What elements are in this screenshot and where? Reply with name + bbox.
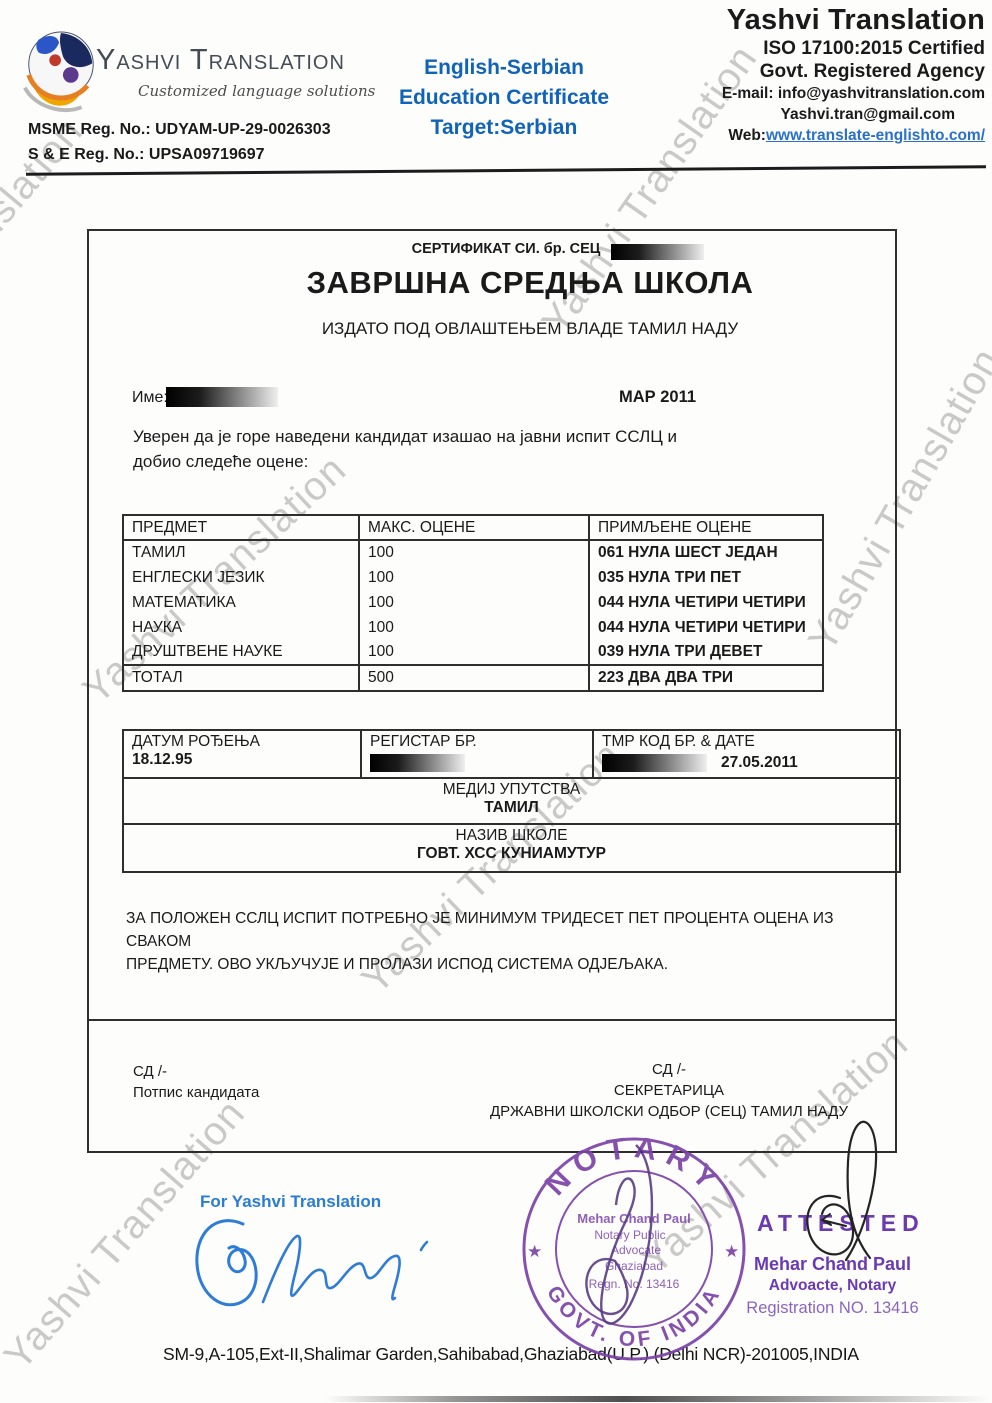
translator-signature [185,1206,445,1326]
candidate-signature-label: Потпис кандидата [133,1082,259,1103]
agency-name: Yashvi Translation [722,4,985,37]
scan-artifact-bar [325,1396,990,1402]
school-cell: НАЗИВ ШКОЛЕ ГОВТ. ХСС КУНИАМУТУР [123,824,900,872]
table-row: ТАМИЛ 100 061 НУЛА ШЕСТ ЈЕДАН [123,540,823,565]
secretary-title: СЕКРЕТАРИЦА [489,1080,849,1101]
name-label: Име: [132,389,168,407]
pass-requirement-note: ЗА ПОЛОЖЕН ССЛЦ ИСПИТ ПОТРЕБНО ЈЕ МИНИМУ… [126,907,836,976]
scanned-certificate-page: Yashvi Translation Yashvi Translation Ya… [0,0,992,1403]
table-row: ДРУШТВЕНЕ НАУКЕ 100 039 НУЛА ТРИ ДЕВЕТ [123,640,823,665]
column-header-subject: ПРЕДМЕТ [123,515,359,540]
medium-value: ТАМИЛ [132,799,891,817]
candidate-signature-block: СД /- Потпис кандидата [133,1061,259,1103]
document-type: Education Certificate [358,83,650,113]
max-marks-cell: 100 [359,590,589,615]
statement-line-2: добио следеће оцене: [133,449,677,474]
note-line-2: ПРЕДМЕТУ. ОВО УКЉУЧУЈЕ И ПРОЛАЗИ ИСПОД С… [126,953,836,976]
max-marks-cell: 100 [359,565,589,590]
dob-cell: ДАТУМ РОЂЕЊА 18.12.95 [123,730,361,778]
email-address-primary: info@yashvitranslation.com [778,85,985,102]
marks-table: ПРЕДМЕТ МАКС. ОЦЕНЕ ПРИМЉЕНЕ ОЦЕНЕ ТАМИЛ… [122,514,824,692]
dob-label: ДАТУМ РОЂЕЊА [132,733,352,751]
translation-language-block: English-Serbian Education Certificate Ta… [358,53,650,143]
statement-line-1: Уверен да је горе наведени кандидат изаш… [133,424,677,449]
details-table: ДАТУМ РОЂЕЊА 18.12.95 РЕГИСТАР БР. ТМР К… [122,729,901,873]
total-max-cell: 500 [359,665,589,691]
stamp-notary-name: Mehar Chand Paul [577,1211,690,1226]
school-label: НАЗИВ ШКОЛЕ [132,827,891,845]
stamp-advocate: Advocate [611,1243,661,1257]
register-label: РЕГИСТАР БР. [370,733,584,751]
notary-registration: Registration NO. 13416 [710,1297,955,1319]
brand-logotype: Yashvi Translation [96,44,345,77]
received-marks-cell: 035 НУЛА ТРИ ПЕТ [589,565,823,590]
note-line-1: ЗА ПОЛОЖЕН ССЛЦ ИСПИТ ПОТРЕБНО ЈЕ МИНИМУ… [126,907,836,953]
email-address-secondary: Yashvi.tran@gmail.com [722,104,955,125]
total-row: ТОТАЛ 500 223 ДВА ДВА ТРИ [123,665,823,691]
iso-certification: ISO 17100:2015 Certified [722,37,985,60]
exam-session-date: МАР 2011 [619,388,696,407]
table-row: МАТЕМАТИКА 100 044 НУЛА ЧЕТИРИ ЧЕТИРИ [123,590,823,615]
certificate-subtitle: ИЗДАТО ПОД ОВЛАШТЕЊЕМ ВЛАДЕ ТАМИЛ НАДУ [127,319,933,339]
header-divider [26,165,986,176]
details-row-school: НАЗИВ ШКОЛЕ ГОВТ. ХСС КУНИАМУТУР [123,824,900,872]
sd-right-label: СД /- [489,1059,849,1080]
column-header-max-marks: МАКС. ОЦЕНЕ [359,515,589,540]
agency-email-line: E-mail: info@yashvitranslation.com [722,83,985,104]
redacted-certificate-number [611,244,704,260]
max-marks-cell: 100 [359,540,589,565]
agency-info-block: Yashvi Translation ISO 17100:2015 Certif… [722,4,985,146]
web-label: Web: [728,127,766,144]
max-marks-cell: 100 [359,640,589,665]
redacted-register-number [370,754,465,772]
target-language: Target:Serbian [358,113,650,143]
globe-logo-icon [20,26,102,123]
certificate-title: ЗАВРШНА СРЕДЊА ШКОЛА [127,265,933,301]
subject-cell: ЕНГЛЕСКИ ЈЕЗИК [123,565,359,590]
email-label: E-mail: [722,85,774,102]
msme-registration: MSME Reg. No.: UDYAM-UP-29-0026303 [28,121,331,139]
certificate-body: СЕРТИФИКАТ СИ. бр. СЕЦ ЗАВРШНА СРЕДЊА ШК… [87,229,897,1153]
table-row: ЕНГЛЕСКИ ЈЕЗИК 100 035 НУЛА ТРИ ПЕТ [123,565,823,590]
marks-table-header-row: ПРЕДМЕТ МАКС. ОЦЕНЕ ПРИМЉЕНЕ ОЦЕНЕ [123,515,823,540]
received-marks-cell: 044 НУЛА ЧЕТИРИ ЧЕТИРИ [589,615,823,640]
notary-title: Advoacte, Notary [710,1275,955,1297]
total-received-cell: 223 ДВА ДВА ТРИ [589,665,823,691]
notary-signature [788,1110,893,1275]
subject-cell: ТАМИЛ [123,540,359,565]
tmr-cell: ТМР КОД БР. & ДАТЕ 27.05.2011 [593,730,900,778]
table-row: НАУКА 100 044 НУЛА ЧЕТИРИ ЧЕТИРИ [123,615,823,640]
notary-stamp: NOTARY GOVT. OF INDIA ★ ★ Mehar Chand Pa… [518,1133,750,1370]
subject-cell: МАТЕМАТИКА [123,590,359,615]
register-cell: РЕГИСТАР БР. [361,730,593,778]
school-value: ГОВТ. ХСС КУНИАМУТУР [132,845,891,863]
medium-label: МЕДИЈ УПУТСТВА [132,781,891,799]
details-row-1: ДАТУМ РОЂЕЊА 18.12.95 РЕГИСТАР БР. ТМР К… [123,730,900,778]
received-marks-cell: 061 НУЛА ШЕСТ ЈЕДАН [589,540,823,565]
column-header-received-marks: ПРИМЉЕНЕ ОЦЕНЕ [589,515,823,540]
received-marks-cell: 039 НУЛА ТРИ ДЕВЕТ [589,640,823,665]
details-row-medium: МЕДИЈ УПУТСТВА ТАМИЛ [123,778,900,824]
redacted-tmr-code [602,754,707,772]
max-marks-cell: 100 [359,615,589,640]
redacted-candidate-name [166,387,278,407]
language-pair: English-Serbian [358,53,650,83]
agency-web-line: Web:www.translate-englishto.com/ [722,125,985,146]
stamp-star-left-icon: ★ [527,1242,542,1261]
stamp-notary-public: Notary Public [594,1228,665,1242]
se-registration: S & E Reg. No.: UPSA09719697 [28,146,265,164]
signature-section-divider [89,1019,895,1021]
tmr-label: ТМР КОД БР. & ДАТЕ [602,733,891,751]
certification-statement: Уверен да је горе наведени кандидат изаш… [133,424,677,474]
govt-registration: Govt. Registered Agency [722,60,985,83]
dob-value: 18.12.95 [132,751,352,769]
certificate-number-line: СЕРТИФИКАТ СИ. бр. СЕЦ [103,241,909,257]
received-marks-cell: 044 НУЛА ЧЕТИРИ ЧЕТИРИ [589,590,823,615]
website-link[interactable]: www.translate-englishto.com/ [766,127,985,144]
brand-tagline: Customized language solutions [138,82,375,100]
total-label-cell: ТОТАЛ [123,665,359,691]
sd-left-label: СД /- [133,1061,259,1082]
medium-cell: МЕДИЈ УПУТСТВА ТАМИЛ [123,778,900,824]
tmr-date-value: 27.05.2011 [721,754,798,772]
subject-cell: НАУКА [123,615,359,640]
subject-cell: ДРУШТВЕНЕ НАУКЕ [123,640,359,665]
agency-address: SM-9,A-105,Ext-II,Shalimar Garden,Sahiba… [163,1344,859,1365]
